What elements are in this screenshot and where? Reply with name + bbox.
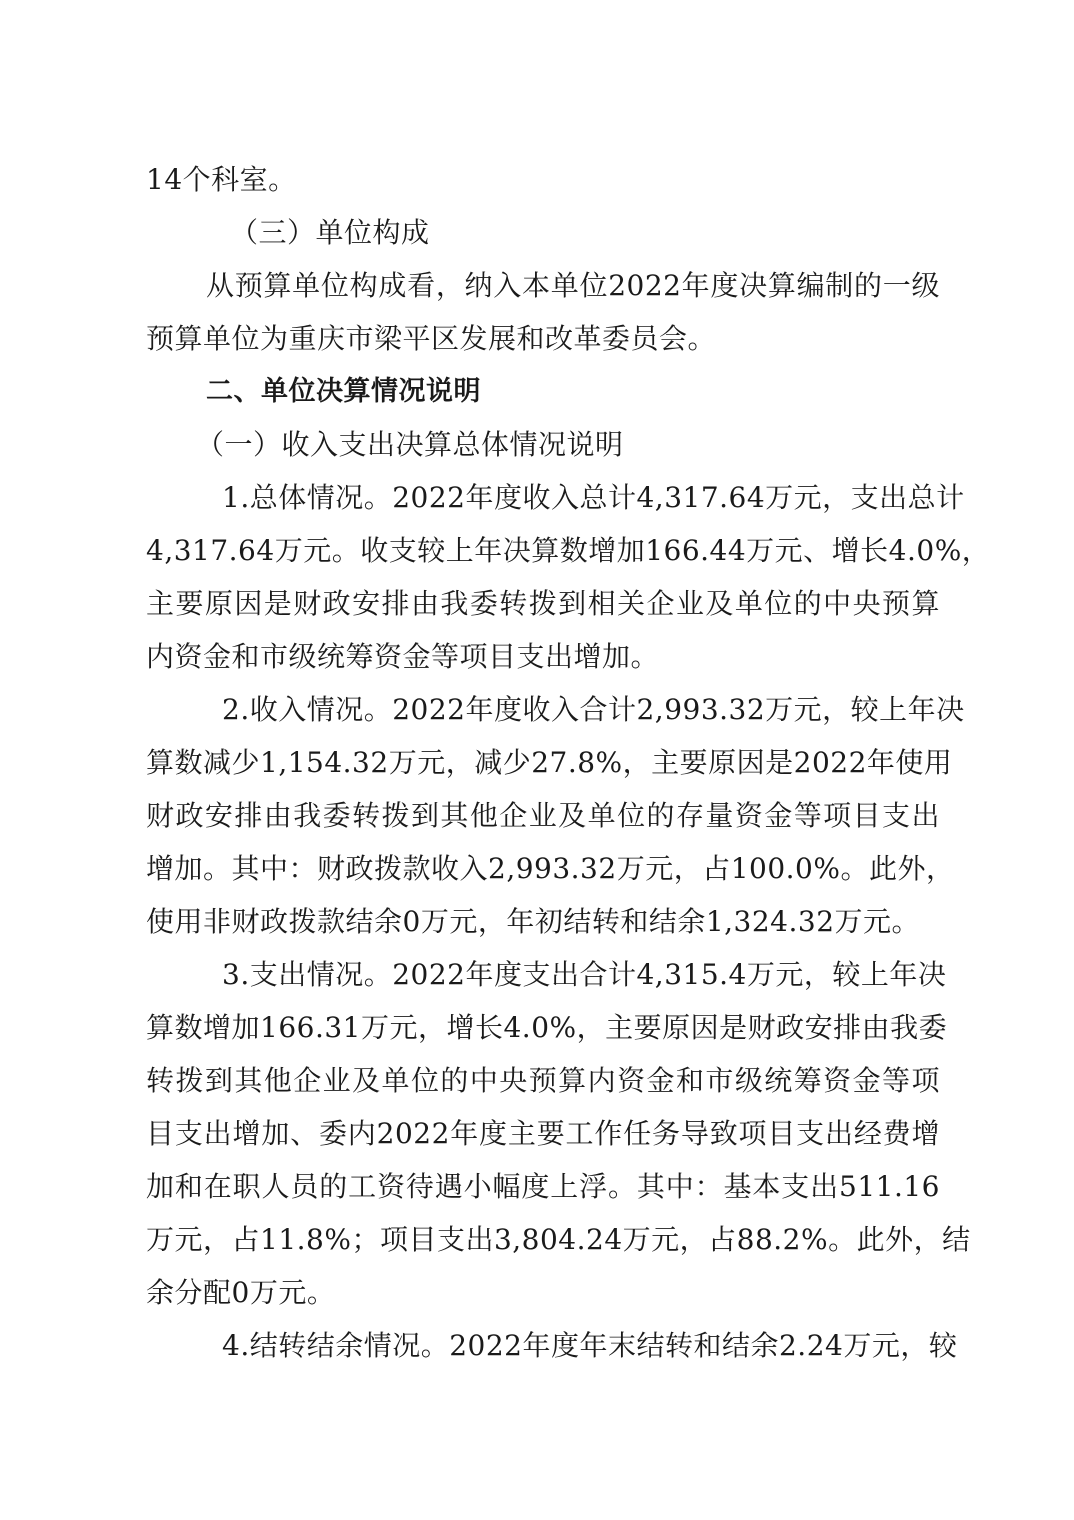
document-page: 14个科室。 （三）单位构成 从预算单位构成看，纳入本单位2022年度决算编制的… [0, 0, 1074, 1520]
paragraph-line: 预算单位为重庆市梁平区发展和改革委员会。 [146, 319, 940, 359]
paragraph-line: 1.总体情况。2022年度收入总计4,317.64万元，支出总计 [222, 478, 940, 518]
paragraph-line: 余分配0万元。 [146, 1273, 940, 1313]
paragraph-line: 4.结转结余情况。2022年度年末结转和结余2.24万元，较 [222, 1326, 940, 1366]
paragraph-line: 内资金和市级统筹资金等项目支出增加。 [146, 637, 940, 677]
text-line: 14个科室。 [146, 160, 940, 200]
paragraph-line: 从预算单位构成看，纳入本单位2022年度决算编制的一级 [206, 266, 940, 306]
paragraph-line: 财政安排由我委转拨到其他企业及单位的存量资金等项目支出 [146, 796, 940, 836]
paragraph-line: 算数增加166.31万元，增长4.0%，主要原因是财政安排由我委 [146, 1008, 940, 1048]
heading-unit-composition: （三）单位构成 [230, 213, 1024, 253]
paragraph-line: 万元，占11.8%；项目支出3,804.24万元，占88.2%。此外，结 [146, 1220, 940, 1260]
paragraph-line: 加和在职人员的工资待遇小幅度上浮。其中：基本支出511.16 [146, 1167, 940, 1207]
paragraph-line: 算数减少1,154.32万元，减少27.8%，主要原因是2022年使用 [146, 743, 940, 783]
paragraph-line: 3.支出情况。2022年度支出合计4,315.4万元，较上年决 [222, 955, 940, 995]
heading-sub-one: （一）收入支出决算总体情况说明 [196, 425, 990, 465]
paragraph-line: 转拨到其他企业及单位的中央预算内资金和市级统筹资金等项 [146, 1061, 940, 1101]
paragraph-line: 主要原因是财政安排由我委转拨到相关企业及单位的中央预算 [146, 584, 940, 624]
paragraph-line: 目支出增加、委内2022年度主要工作任务导致项目支出经费增 [146, 1114, 940, 1154]
paragraph-line: 2.收入情况。2022年度收入合计2,993.32万元，较上年决 [222, 690, 940, 730]
heading-section-two: 二、单位决算情况说明 [206, 372, 1000, 412]
paragraph-line: 使用非财政拨款结余0万元，年初结转和结余1,324.32万元。 [146, 902, 940, 942]
paragraph-line: 增加。其中：财政拨款收入2,993.32万元，占100.0%。此外， [146, 849, 940, 889]
paragraph-line: 4,317.64万元。收支较上年决算数增加166.44万元、增长4.0%， [146, 531, 940, 571]
